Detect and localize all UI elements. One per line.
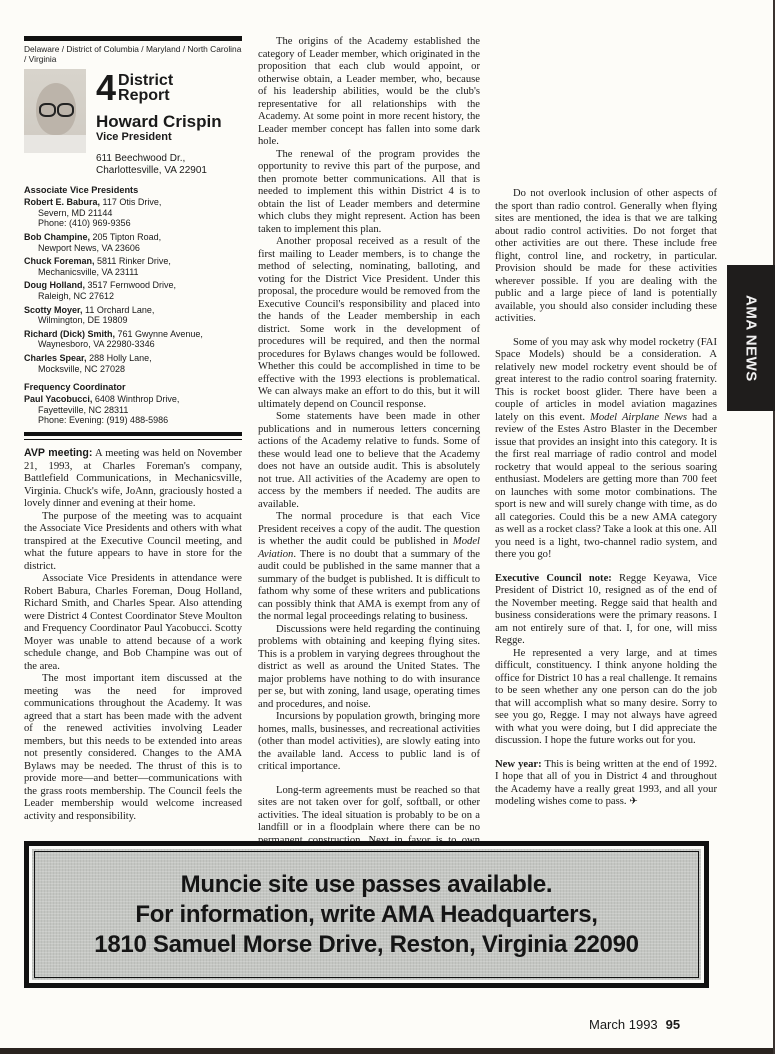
page-bottom-edge — [0, 1048, 775, 1054]
sidebar-rule-thin — [24, 439, 242, 441]
avp-contact: Charles Spear, 288 Holly Lane, Mocksvill… — [24, 353, 242, 374]
publication-title: Model Airplane News — [590, 412, 687, 423]
exec-council-lead: Executive Council note: — [495, 573, 612, 584]
paragraph: He represented a very large, and at time… — [495, 648, 717, 748]
banner-line-1: Muncie site use passes available. — [181, 870, 553, 900]
avp-contact: Chuck Foreman, 5811 Rinker Drive, Mechan… — [24, 256, 242, 277]
district-number: 4 — [96, 73, 116, 103]
announcement-banner: Muncie site use passes available. For in… — [24, 841, 709, 988]
district-word: District — [118, 73, 173, 88]
paragraph: Some of you may ask why model rocketry (… — [495, 337, 717, 562]
region-label: Delaware / District of Columbia / Maryla… — [24, 45, 242, 64]
paragraph: Executive Council note: Regge Keyawa, Vi… — [495, 573, 717, 648]
paragraph: Incursions by population growth, bringin… — [258, 711, 480, 774]
paragraph: Do not overlook inclusion of other aspec… — [495, 188, 717, 326]
vp-address: 611 Beechwood Dr., Charlottesville, VA 2… — [96, 153, 242, 177]
article-column-3-body: Do not overlook inclusion of other aspec… — [495, 188, 717, 809]
paragraph: The most important item discussed at the… — [24, 673, 242, 823]
paragraph: AVP meeting: A meeting was held on Novem… — [24, 447, 242, 511]
header-block: 4 District Report Howard Crispin Vice Pr… — [24, 69, 242, 177]
avp-contact: Doug Holland, 3517 Fernwood Drive, Ralei… — [24, 280, 242, 301]
paragraph: The normal procedure is that each Vice P… — [258, 511, 480, 624]
district-sidebar: Delaware / District of Columbia / Maryla… — [24, 36, 242, 440]
frequency-heading: Frequency Coordinator — [24, 382, 242, 393]
paragraph: Discussions were held regarding the cont… — [258, 624, 480, 712]
issue-date: March 1993 — [589, 1017, 658, 1032]
paragraph: Associate Vice Presidents in attendance … — [24, 573, 242, 673]
paragraph: Some statements have been made in other … — [258, 411, 480, 511]
section-tab-label: AMA NEWS — [743, 295, 760, 382]
vp-title: Vice President — [96, 131, 242, 144]
banner-line-3: 1810 Samuel Morse Drive, Reston, Virgini… — [94, 930, 638, 960]
section-tab: AMA NEWS — [727, 265, 775, 411]
report-word: Report — [118, 88, 173, 103]
vp-photo — [24, 69, 86, 153]
new-year-lead: New year: — [495, 759, 542, 770]
avp-contact: Bob Champine, 205 Tipton Road, Newport N… — [24, 232, 242, 253]
article-column-2: The origins of the Academy established t… — [258, 36, 480, 972]
avp-heading: Associate Vice Presidents — [24, 185, 242, 196]
banner-line-2: For information, write AMA Headquarters, — [135, 900, 597, 930]
avp-meeting-lead: AVP meeting: — [24, 447, 92, 459]
avp-contact: Robert E. Babura, 117 Otis Drive, Severn… — [24, 197, 242, 229]
paragraph: New year: This is being written at the e… — [495, 759, 717, 809]
page-number: 95 — [666, 1017, 680, 1032]
sidebar-rule — [24, 432, 242, 436]
page-footer: March 199395 — [589, 1017, 680, 1032]
frequency-contact: Paul Yacobucci, 6408 Winthrop Drive, Fay… — [24, 394, 242, 426]
district-title: 4 District Report — [96, 73, 242, 103]
paragraph: The origins of the Academy established t… — [258, 36, 480, 149]
airplane-end-icon: ✈ — [629, 796, 637, 807]
vp-name: Howard Crispin — [96, 113, 242, 131]
avp-contact: Scotty Moyer, 11 Orchard Lane, Wilmingto… — [24, 305, 242, 326]
paragraph: The renewal of the program provides the … — [258, 149, 480, 237]
article-column-1: AVP meeting: A meeting was held on Novem… — [24, 447, 242, 823]
paragraph: Another proposal received as a result of… — [258, 236, 480, 411]
avp-contact: Richard (Dick) Smith, 761 Gwynne Avenue,… — [24, 329, 242, 350]
paragraph: The purpose of the meeting was to acquai… — [24, 511, 242, 574]
top-rule — [24, 36, 242, 41]
